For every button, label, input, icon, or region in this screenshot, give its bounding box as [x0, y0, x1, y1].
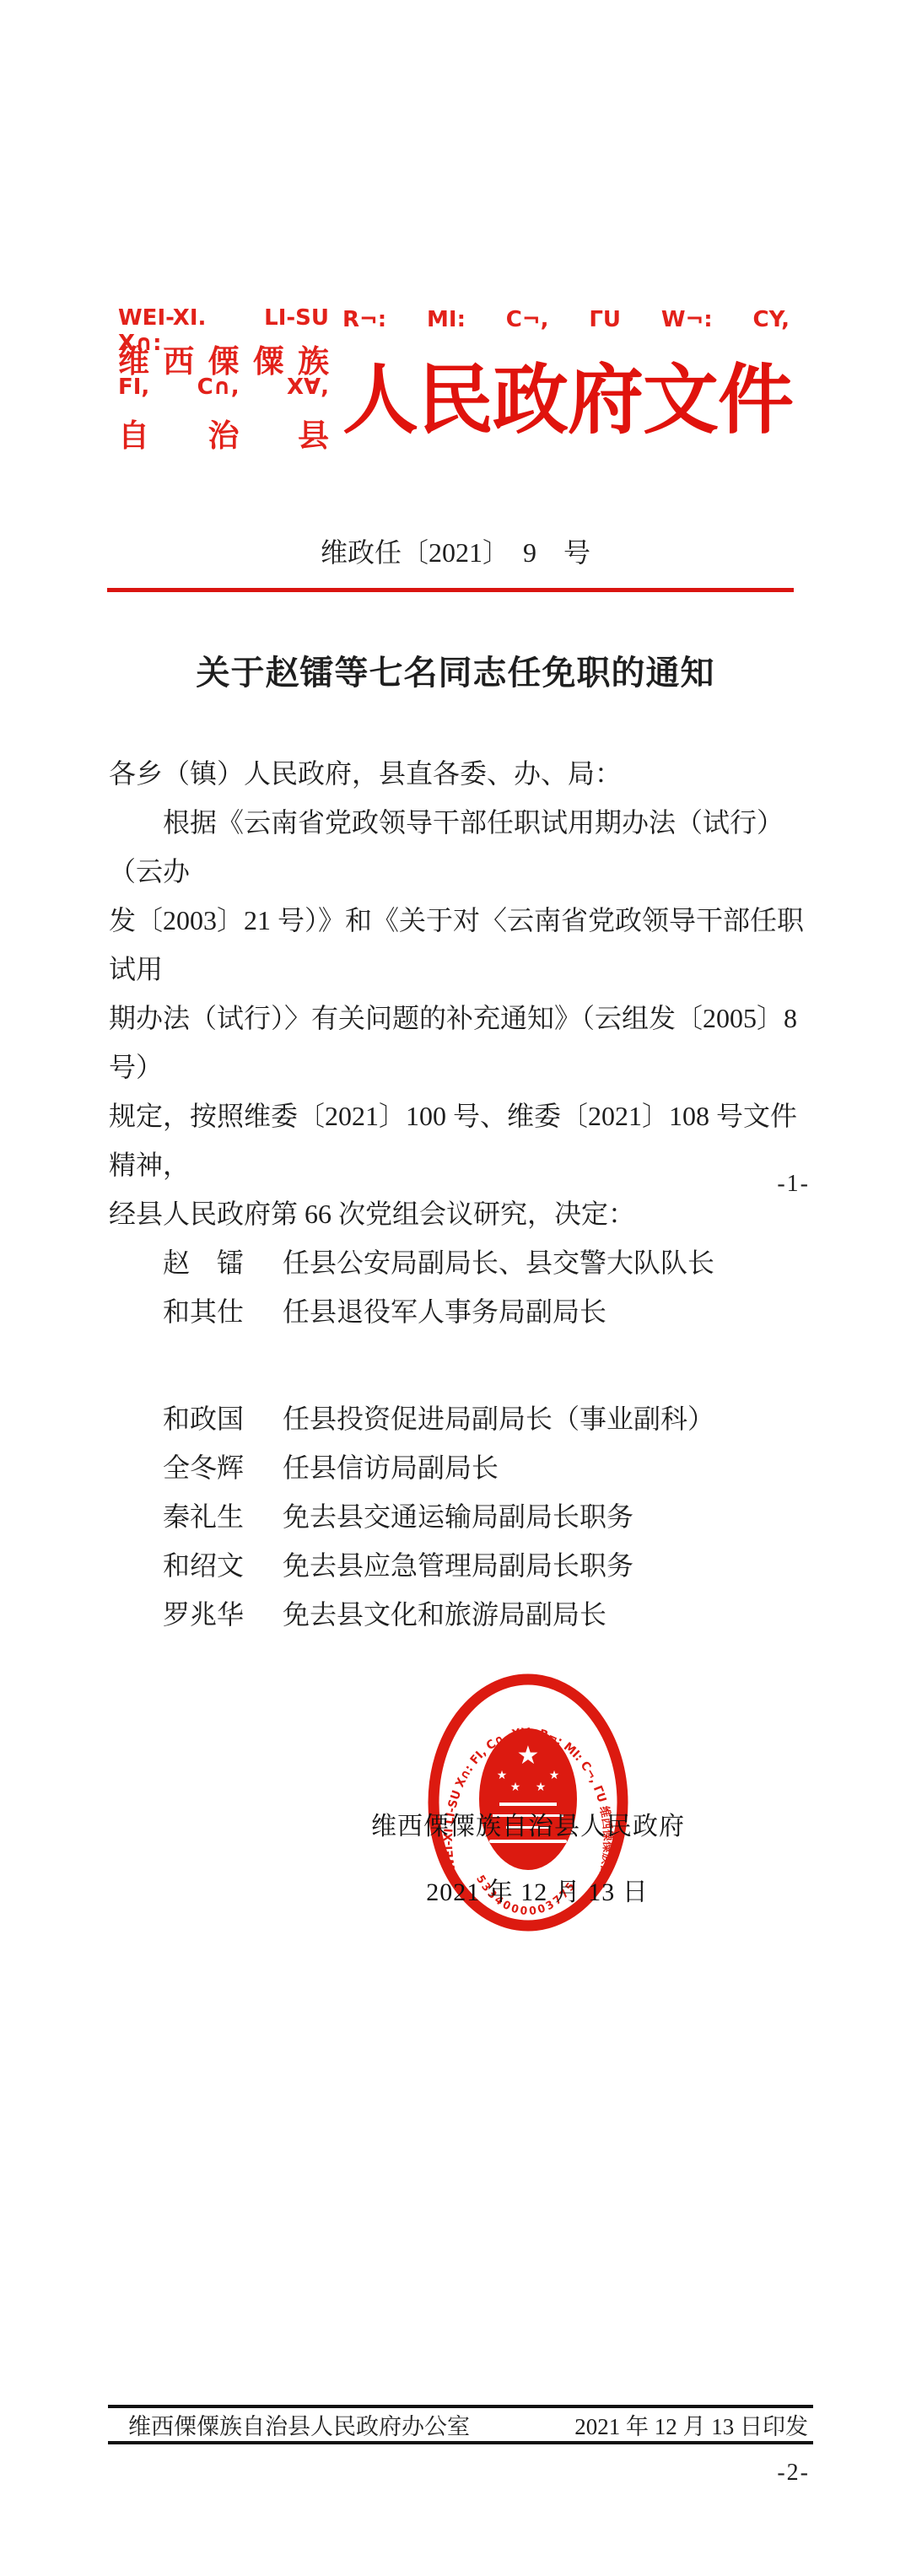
footer-rule-bottom — [108, 2441, 813, 2444]
red-divider — [107, 588, 794, 592]
footer-rule-top — [108, 2405, 813, 2408]
letterhead-lisu-line2: FI, C∩, X∀, — [118, 375, 329, 400]
page-number-1: -1- — [709, 1171, 810, 1198]
document-title: 关于赵镭等七名同志任免职的通知 — [0, 646, 911, 694]
appointee-name: 和政国 — [163, 1394, 283, 1443]
footer-print-date: 2021 年 12 月 13 日印发 — [574, 2411, 813, 2443]
appointment-row: 和绍文免去县应急管理局副局长职务 — [109, 1541, 817, 1590]
emblem-small-star-icon: ★ — [536, 1781, 547, 1794]
signature-date: 2021 年 12 月 13 日 — [301, 1871, 774, 1908]
paragraph-line: 根据《云南省党政领导干部任职试用期办法（试行）（云办 — [109, 798, 817, 896]
emblem-big-star-icon: ★ — [517, 1742, 540, 1770]
appointee-name: 和其仕 — [163, 1287, 283, 1336]
emblem-small-star-icon: ★ — [510, 1781, 521, 1794]
appointee-name: 赵 镭 — [163, 1238, 283, 1287]
footer-office: 维西傈僳族自治县人民政府办公室 — [108, 2411, 470, 2443]
appointee-position: 免去县文化和旅游局副局长 — [283, 1599, 606, 1630]
signature-org: 维西傈僳族自治县人民政府 — [292, 1805, 764, 1842]
appointee-name: 全冬辉 — [163, 1443, 283, 1492]
letterhead-big-title: 人民政府文件 — [342, 358, 793, 445]
doc-number: 维政任〔2021〕 9 号 — [0, 531, 911, 570]
letterhead-lisu-right: R¬: MI: C¬, ΓU W¬: CY, — [342, 307, 790, 332]
appointee-position: 任县投资促进局副局长（事业副科） — [283, 1404, 714, 1434]
footer-row: 维西傈僳族自治县人民政府办公室 2021 年 12 月 13 日印发 — [108, 2411, 813, 2443]
appointee-position: 免去县交通运输局副局长职务 — [283, 1501, 633, 1532]
salutation: 各乡（镇）人民政府，县直各委、办、局： — [109, 749, 817, 798]
appointment-row: 秦礼生免去县交通运输局副局长职务 — [109, 1492, 817, 1541]
emblem-small-star-icon: ★ — [497, 1770, 508, 1782]
paragraph-line: 期办法（试行）〉有关问题的补充通知》（云组发〔2005〕8 号） — [109, 994, 817, 1091]
appointment-row: 赵 镭任县公安局副局长、县交警大队队长 — [109, 1238, 817, 1287]
appointment-row: 罗兆华免去县文化和旅游局副局长 — [109, 1590, 817, 1639]
appointment-row: 和其仕任县退役军人事务局副局长 — [109, 1287, 817, 1336]
letterhead-county-name-line2: 自 治 县 — [118, 410, 329, 455]
paragraph-line: 发〔2003〕21 号）》和《关于对〈云南省党政领导干部任职试用 — [109, 896, 817, 994]
appointment-row: 和政国任县投资促进局副局长（事业副科） — [109, 1394, 817, 1443]
appointee-name: 和绍文 — [163, 1541, 283, 1590]
appointee-name: 罗兆华 — [163, 1590, 283, 1639]
page-number-2: -2- — [709, 2460, 810, 2487]
emblem-small-star-icon: ★ — [549, 1770, 560, 1782]
body-page2: 和政国任县投资促进局副局长（事业副科） 全冬辉任县信访局副局长 秦礼生免去县交通… — [109, 1394, 817, 1639]
appointee-position: 任县公安局副局长、县交警大队队长 — [283, 1248, 714, 1278]
appointee-position: 免去县应急管理局副局长职务 — [283, 1550, 633, 1581]
body-page1: 各乡（镇）人民政府，县直各委、办、局： 根据《云南省党政领导干部任职试用期办法（… — [109, 749, 817, 1336]
appointee-position: 任县退役军人事务局副局长 — [283, 1296, 606, 1327]
appointee-position: 任县信访局副局长 — [283, 1452, 499, 1483]
appointment-row: 全冬辉任县信访局副局长 — [109, 1443, 817, 1492]
appointee-name: 秦礼生 — [163, 1492, 283, 1541]
